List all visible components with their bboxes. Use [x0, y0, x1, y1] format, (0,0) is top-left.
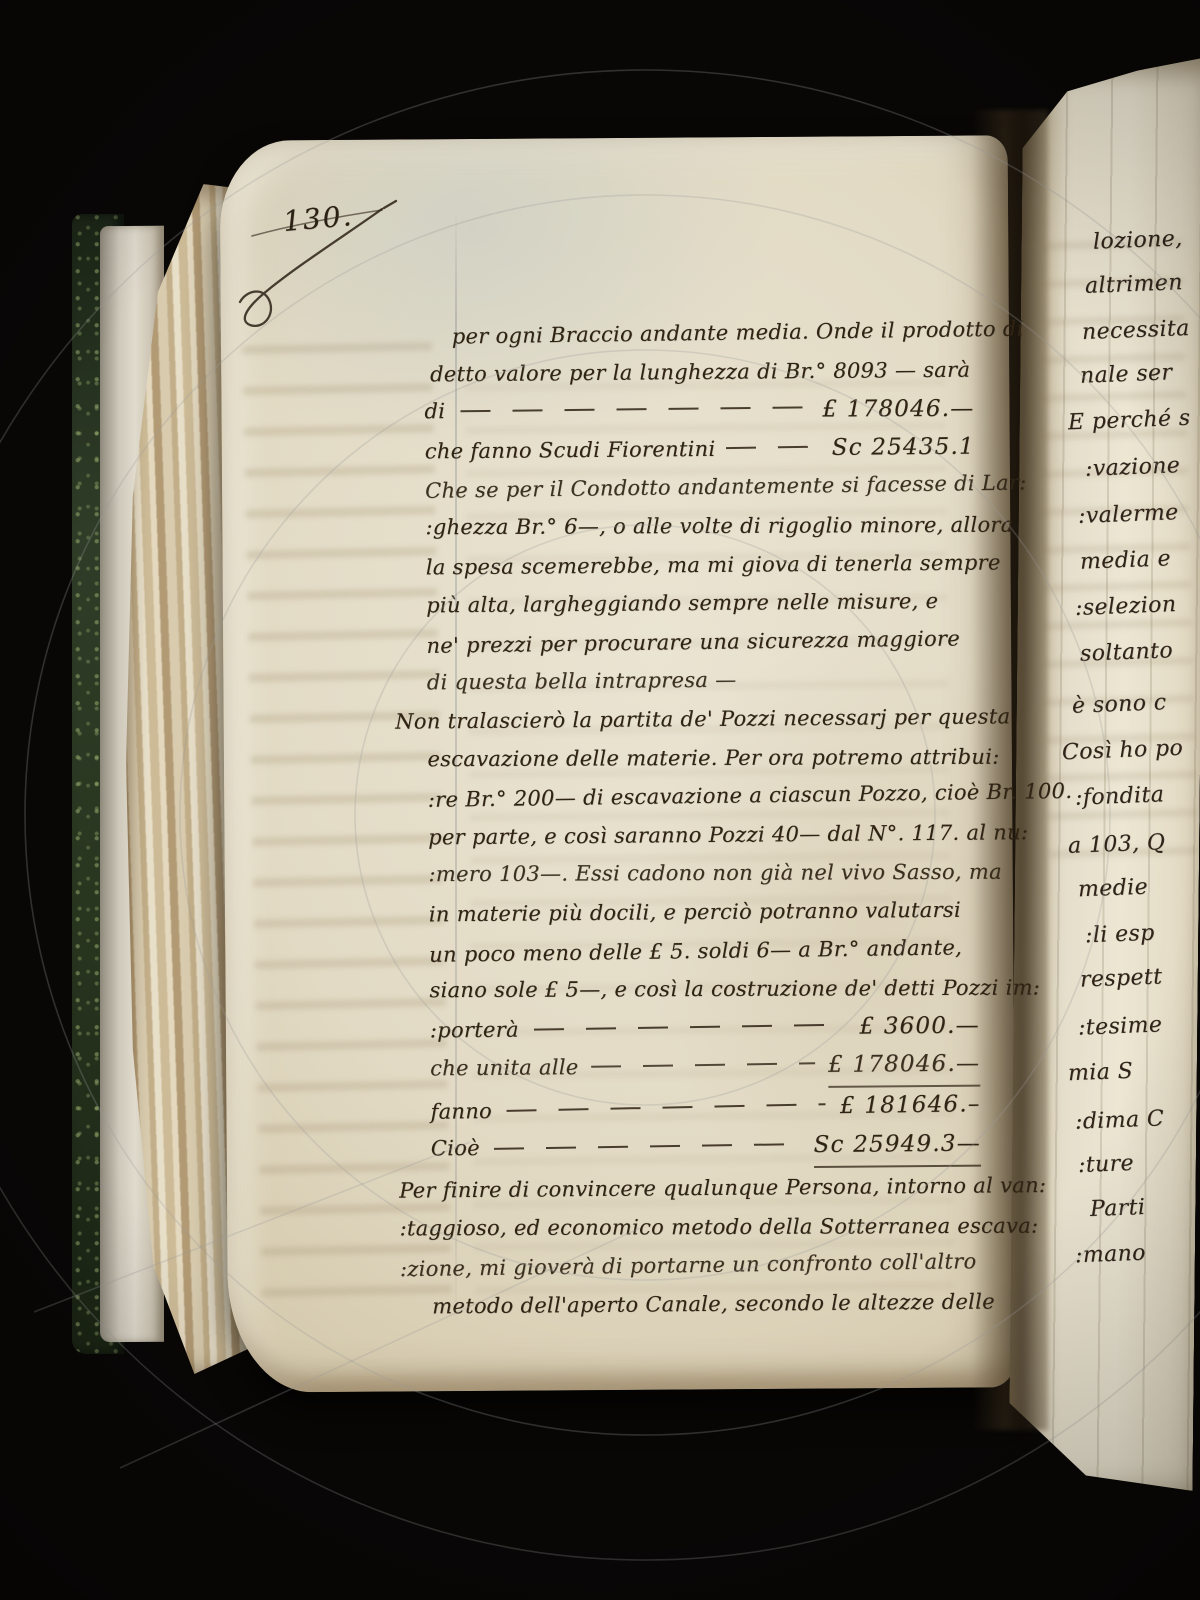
- line-text: :ghezza Br.° 6—, o alle volte di rigogli…: [425, 506, 1013, 547]
- manuscript-photo: 130. per ogni Braccio andante media. Ond…: [0, 0, 1200, 1600]
- right-page-fragment: a 103, Q: [1068, 830, 1166, 859]
- line-text: Non tralascierò la partita de' Pozzi nec…: [395, 697, 1011, 741]
- right-page-fragment: :fondita: [1075, 782, 1165, 810]
- right-page-fragment: respett: [1080, 964, 1163, 992]
- page-number: 130.: [282, 199, 355, 238]
- manuscript-line: un poco meno delle £ 5. soldi 6— a Br.° …: [429, 928, 979, 974]
- line-text: Per finire di convincere qualunque Perso…: [399, 1166, 1046, 1210]
- right-page-fragment: :dima C: [1075, 1106, 1165, 1134]
- manuscript-line: Che se per il Condotto andantemente si f…: [425, 465, 975, 511]
- line-text: ne' prezzi per procurare una sicurezza m…: [426, 619, 960, 665]
- leader-dashes: [723, 434, 823, 456]
- right-page-fragment: :ture: [1078, 1151, 1135, 1178]
- line-text: un poco meno delle £ 5. soldi 6— a Br.° …: [429, 928, 962, 974]
- line-text: metodo dell'aperto Canale, secondo le al…: [432, 1282, 995, 1326]
- right-page-fragment: media e: [1080, 546, 1172, 574]
- manuscript-line: :re Br.° 200— di escavazione a ciascun P…: [428, 773, 978, 819]
- manuscript-line: ne' prezzi per procurare una sicurezza m…: [426, 619, 976, 665]
- manuscript-line: per parte, e così saranno Pozzi 40— dal …: [428, 813, 978, 856]
- right-page-fragment: lozione,: [1093, 226, 1183, 254]
- right-page-fragment: :valerme: [1078, 500, 1180, 529]
- line-amount: £ 178046.—: [828, 1045, 980, 1088]
- line-amount: £ 3600.—: [859, 1006, 980, 1046]
- right-page-fragment: E perché s: [1068, 406, 1191, 436]
- line-amount: £ 181646.–: [840, 1085, 981, 1126]
- right-page-fragment: Parti: [1090, 1195, 1146, 1222]
- line-text: Cioè: [431, 1129, 480, 1168]
- leader-dashes: [488, 1132, 806, 1156]
- line-text: :porterà: [430, 1010, 519, 1049]
- line-text: per ogni Braccio andante media. Onde il …: [452, 310, 1024, 357]
- line-text: siano sole £ 5—, e così la costruzione d…: [429, 969, 1040, 1010]
- manuscript-line: :zione, mi gioverà di portarne un confro…: [400, 1242, 982, 1289]
- leader-dashes: [500, 1092, 832, 1118]
- right-page-fragment: :mano: [1075, 1241, 1147, 1269]
- line-text: :mero 103—. Essi cadono non già nel vivo…: [428, 853, 1002, 894]
- line-text: per parte, e così saranno Pozzi 40— dal …: [428, 813, 1028, 857]
- manuscript-line: :taggioso, ed economico metodo della Sot…: [399, 1207, 981, 1248]
- line-text: escavazione delle materie. Per ora potre…: [427, 737, 999, 778]
- line-text: Che se per il Condotto andantemente si f…: [425, 464, 1027, 511]
- manuscript-line: in materie più docili, e perciò potranno…: [429, 891, 979, 934]
- manuscript-line: :ghezza Br.° 6—, o alle volte di rigogli…: [425, 506, 975, 547]
- manuscript-text-block: per ogni Braccio andante media. Onde il …: [424, 312, 983, 1326]
- line-text: di: [424, 392, 445, 431]
- manuscript-line: Non tralascierò la partita de' Pozzi nec…: [395, 698, 977, 742]
- line-text: che unita alle: [430, 1048, 579, 1088]
- right-page-fragment: nale ser: [1080, 360, 1173, 389]
- line-text: più alta, largheggiando sempre nelle mis…: [426, 582, 938, 625]
- line-text: :taggioso, ed economico metodo della Sot…: [399, 1206, 1038, 1247]
- right-page-fragment: :li esp: [1085, 921, 1156, 949]
- manuscript-line: per ogni Braccio andante media. Onde il …: [452, 310, 974, 356]
- leader-dashes: [527, 1012, 852, 1036]
- right-page-fragment: :selezion: [1075, 592, 1177, 621]
- manuscript-line: di £ 178046.—: [424, 390, 974, 431]
- line-amount: Sc 25949.3—: [813, 1125, 981, 1168]
- line-text: la spesa scemerebbe, ma mi giova di tene…: [426, 543, 1001, 587]
- manuscript-line: che fanno Scudi Fiorentini Sc 25435.1: [425, 427, 975, 470]
- right-page-fragment: :tesime: [1078, 1012, 1163, 1040]
- line-text: che fanno Scudi Fiorentini: [425, 430, 716, 471]
- manuscript-line: più alta, largheggiando sempre nelle mis…: [426, 582, 976, 625]
- line-text: :zione, mi gioverà di portarne un confro…: [400, 1242, 977, 1289]
- manuscript-line: :porterà £ 3600.—: [430, 1006, 980, 1049]
- manuscript-line: che unita alle £ 178046.—: [430, 1045, 980, 1091]
- line-text: in materie più docili, e perciò potranno…: [429, 891, 961, 934]
- manuscript-line: di questa bella intrapresa —: [427, 659, 977, 702]
- right-page-fragment: medie: [1078, 875, 1149, 903]
- right-page-fragment: necessita: [1082, 316, 1191, 345]
- line-amount: £ 178046.—: [822, 390, 974, 429]
- right-page-fragment: altrimen: [1085, 270, 1184, 299]
- manuscript-line: metodo dell'aperto Canale, secondo le al…: [432, 1282, 982, 1325]
- manuscript-line: la spesa scemerebbe, ma mi giova di tene…: [426, 543, 976, 586]
- line-text: fanno: [430, 1092, 492, 1131]
- manuscript-line: Cioè Sc 25949.3—: [431, 1125, 981, 1171]
- manuscript-line: Per finire di convincere qualunque Perso…: [399, 1167, 981, 1211]
- manuscript-line: escavazione delle materie. Per ora potre…: [427, 737, 977, 778]
- right-page-fragment: Così ho po: [1062, 736, 1184, 766]
- manuscript-line: :mero 103—. Essi cadono non già nel vivo…: [428, 853, 978, 894]
- line-amount: Sc 25435.1: [832, 427, 975, 467]
- right-page-fragment: è sono c: [1072, 690, 1167, 719]
- right-page-fragment: :vazione: [1085, 453, 1181, 482]
- manuscript-line: detto valore per la lunghezza di Br.° 80…: [430, 350, 974, 393]
- line-text: detto valore per la lunghezza di Br.° 80…: [430, 350, 970, 393]
- line-text: di questa bella intrapresa —: [427, 661, 737, 702]
- right-page-fragment: mia S: [1068, 1059, 1134, 1086]
- leader-dashes: [453, 396, 814, 419]
- right-page-fragment: soltanto: [1080, 638, 1174, 667]
- manuscript-line: siano sole £ 5—, e così la costruzione d…: [429, 969, 979, 1010]
- leader-dashes: [586, 1051, 820, 1074]
- manuscript-line: fanno £ 181646.–: [430, 1085, 980, 1131]
